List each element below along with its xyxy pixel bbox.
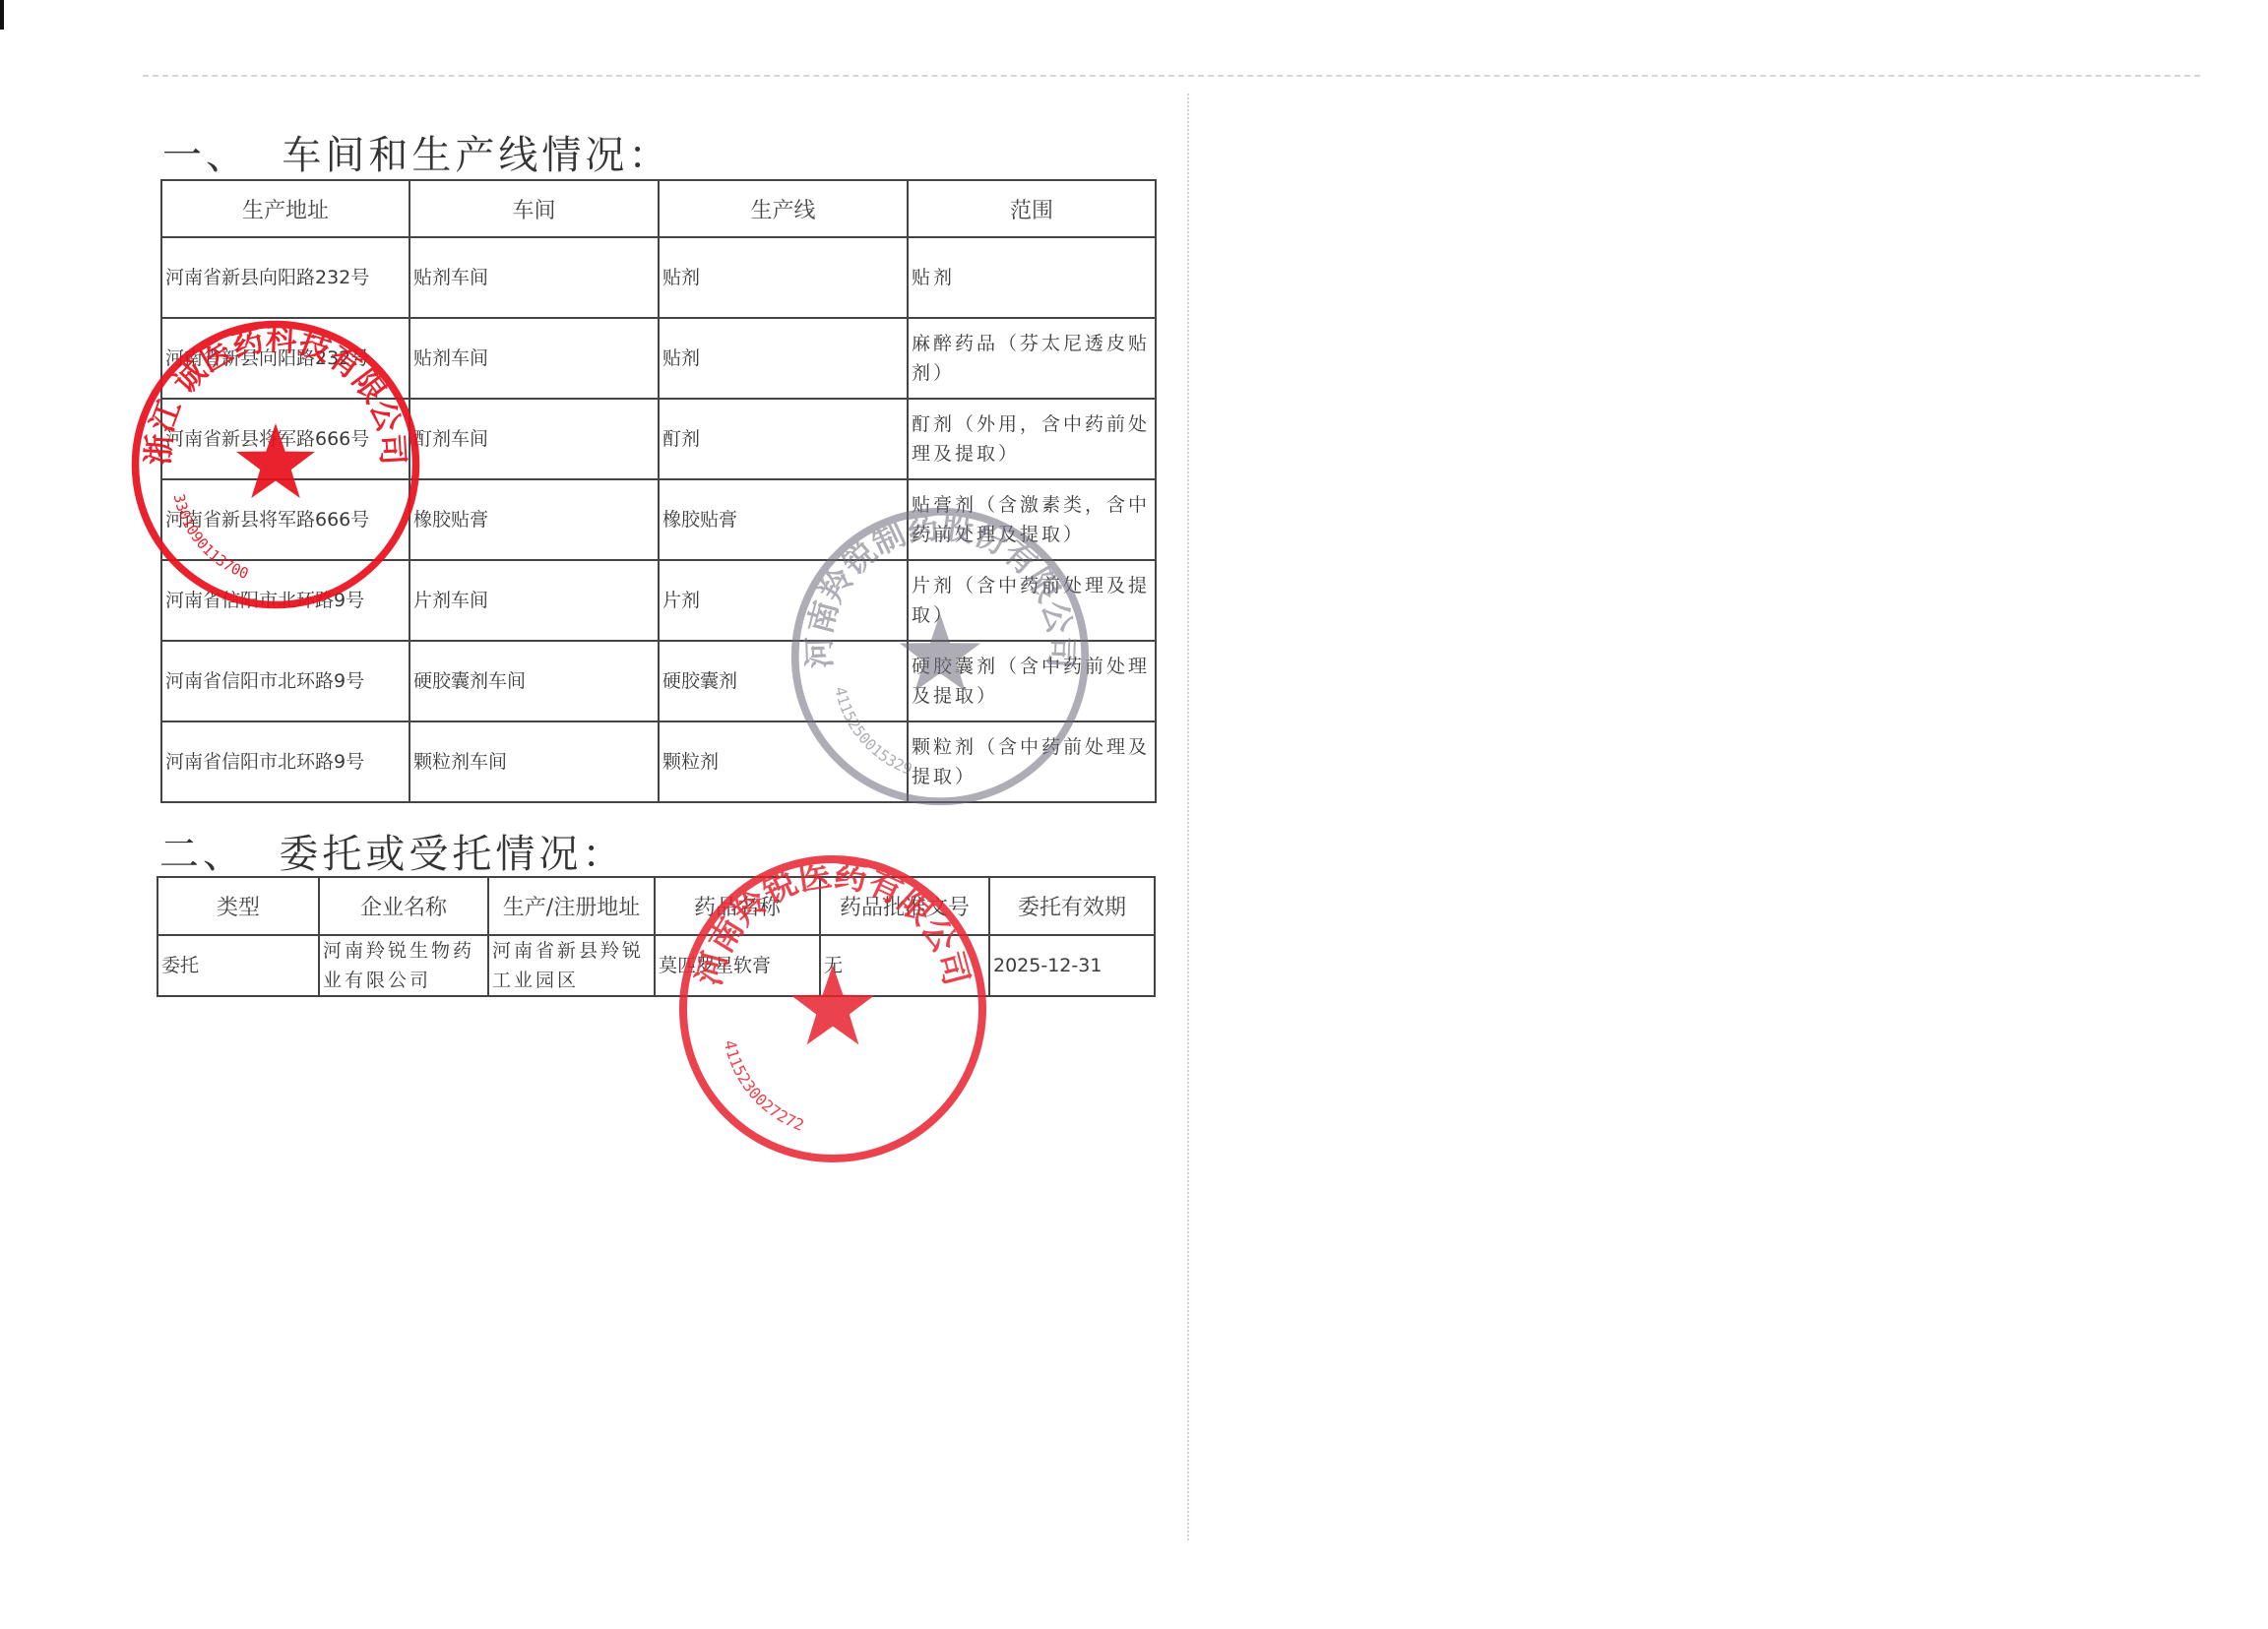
cell-address: 河南省新县羚锐工业园区 [488,935,655,996]
table-row: 河南省信阳市北环路9号片剂车间片剂片剂（含中药前处理及提取） [161,560,1156,641]
cell-address: 河南省新县向阳路232号 [161,237,409,318]
cell-address: 河南省信阳市北环路9号 [161,641,409,721]
table-row: 河南省新县将军路666号酊剂车间酊剂酊剂（外用，含中药前处理及提取） [161,399,1156,479]
workshop-table: 生产地址 车间 生产线 范围 河南省新县向阳路232号贴剂车间贴剂贴剂河南省新县… [160,179,1157,803]
cell-workshop: 颗粒剂车间 [409,721,659,802]
svg-text:4115230027272: 4115230027272 [721,1038,807,1135]
cell-line: 贴剂 [659,318,908,399]
header-address: 生产地址 [161,180,409,237]
cell-workshop: 酊剂车间 [409,399,659,479]
cell-approval-number: 无 [820,935,989,996]
cell-validity: 2025-12-31 [989,935,1155,996]
cell-scope: 酊剂（外用，含中药前处理及提取） [908,399,1156,479]
cell-line: 片剂 [659,560,908,641]
table-header-row: 类型 企业名称 生产/注册地址 药品名称 药品批准文号 委托有效期 [157,877,1155,935]
table-row: 河南省信阳市北环路9号颗粒剂车间颗粒剂颗粒剂（含中药前处理及提取） [161,721,1156,802]
header-company: 企业名称 [319,877,488,935]
seal-code: 4115230027272 [721,1038,807,1135]
header-approval-number: 药品批准文号 [820,877,989,935]
cell-line: 橡胶贴膏 [659,479,908,560]
page-top-rule [143,75,2200,77]
scan-edge-mark [0,0,4,30]
entrustment-table: 类型 企业名称 生产/注册地址 药品名称 药品批准文号 委托有效期 委托河南羚锐… [157,876,1156,997]
table-row: 河南省新县将军路666号橡胶贴膏橡胶贴膏贴膏剂（含激素类，含中药前处理及提取） [161,479,1156,560]
cell-scope: 贴剂 [908,237,1156,318]
header-workshop: 车间 [409,180,659,237]
cell-scope: 颗粒剂（含中药前处理及提取） [908,721,1156,802]
cell-workshop: 贴剂车间 [409,237,659,318]
cell-scope: 麻醉药品（芬太尼透皮贴剂） [908,318,1156,399]
table-row: 河南省新县向阳路232号贴剂车间贴剂贴剂 [161,237,1156,318]
header-scope: 范围 [908,180,1156,237]
page-fold-line [1187,94,1189,1540]
cell-line: 酊剂 [659,399,908,479]
cell-address: 河南省新县将军路666号 [161,479,409,560]
cell-workshop: 橡胶贴膏 [409,479,659,560]
header-line: 生产线 [659,180,908,237]
table-row: 委托河南羚锐生物药业有限公司河南省新县羚锐工业园区莫匹罗星软膏无2025-12-… [157,935,1155,996]
cell-address: 河南省信阳市北环路9号 [161,560,409,641]
cell-workshop: 贴剂车间 [409,318,659,399]
cell-company: 河南羚锐生物药业有限公司 [319,935,488,996]
section-title-workshops: 一、 车间和生产线情况： [162,124,671,180]
cell-address: 河南省新县向阳路232号 [161,318,409,399]
cell-line: 颗粒剂 [659,721,908,802]
cell-line: 硬胶囊剂 [659,641,908,721]
cell-scope: 硬胶囊剂（含中药前处理及提取） [908,641,1156,721]
cell-address: 河南省新县将军路666号 [161,399,409,479]
cell-address: 河南省信阳市北环路9号 [161,721,409,802]
header-validity: 委托有效期 [989,877,1155,935]
header-drug-name: 药品名称 [655,877,820,935]
cell-workshop: 硬胶囊剂车间 [409,641,659,721]
cell-workshop: 片剂车间 [409,560,659,641]
cell-scope: 片剂（含中药前处理及提取） [908,560,1156,641]
cell-type: 委托 [157,935,319,996]
table-row: 河南省信阳市北环路9号硬胶囊剂车间硬胶囊剂硬胶囊剂（含中药前处理及提取） [161,641,1156,721]
section-title-entrustment: 二、 委托或受托情况： [159,823,625,879]
cell-drug-name: 莫匹罗星软膏 [655,935,820,996]
cell-scope: 贴膏剂（含激素类，含中药前处理及提取） [908,479,1156,560]
header-type: 类型 [157,877,319,935]
header-address: 生产/注册地址 [488,877,655,935]
table-header-row: 生产地址 车间 生产线 范围 [161,180,1156,237]
cell-line: 贴剂 [659,237,908,318]
table-row: 河南省新县向阳路232号贴剂车间贴剂麻醉药品（芬太尼透皮贴剂） [161,318,1156,399]
